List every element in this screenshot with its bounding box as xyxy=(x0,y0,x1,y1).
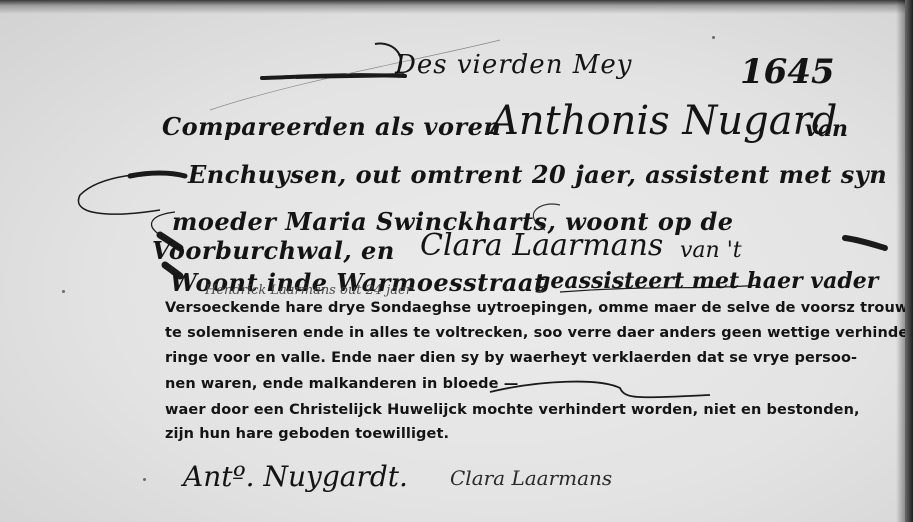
interlinear-note: Hendrick Laarmans out 24 jaer xyxy=(205,283,412,298)
line-4-trailing: van 't xyxy=(680,238,742,263)
manuscript-page: Des vierden Mey 1645 Compareerden als vo… xyxy=(0,0,905,522)
line-4-text: Voorburchwal, en xyxy=(152,236,395,265)
year: 1645 xyxy=(740,52,835,92)
signature-groom: Antº. Nuygardt. xyxy=(183,460,408,493)
line-1-text: Compareerden als voren xyxy=(162,112,501,141)
paper-speck xyxy=(712,36,715,39)
body-line-5: waer door een Christelijck Huwelijck moc… xyxy=(165,402,860,418)
page-top-shadow xyxy=(0,0,905,14)
date-flourish xyxy=(295,73,405,79)
paper-speck xyxy=(62,290,65,293)
paper-speck xyxy=(143,478,146,481)
line-1-main: Compareerden als voren xyxy=(162,112,501,141)
body-line-4: nen waren, ende malkanderen in bloede — xyxy=(165,376,518,392)
line-1-trailing: van xyxy=(805,116,848,142)
body-line-6: zijn hun hare geboden toewilliget. xyxy=(165,426,449,442)
line-5-trailing: geassisteert met haer vader xyxy=(535,268,878,294)
date-line: Des vierden Mey xyxy=(395,50,632,80)
body-line-3: ringe voor en valle. Ende naer dien sy b… xyxy=(165,350,857,366)
groom-name: Anthonis Nugard xyxy=(490,98,837,144)
body-line-1: Versoeckende hare drye Sondaeghse uytroe… xyxy=(165,300,905,316)
line-2-text: Enchuysen, out omtrent 20 jaer, assisten… xyxy=(188,160,887,189)
body-line-2: te solemniseren ende in alles te voltrec… xyxy=(165,325,905,341)
page-edge xyxy=(905,0,913,522)
bride-name: Clara Laarmans xyxy=(420,228,663,263)
signature-bride: Clara Laarmans xyxy=(450,466,612,490)
page-fold-shadow xyxy=(896,0,905,522)
